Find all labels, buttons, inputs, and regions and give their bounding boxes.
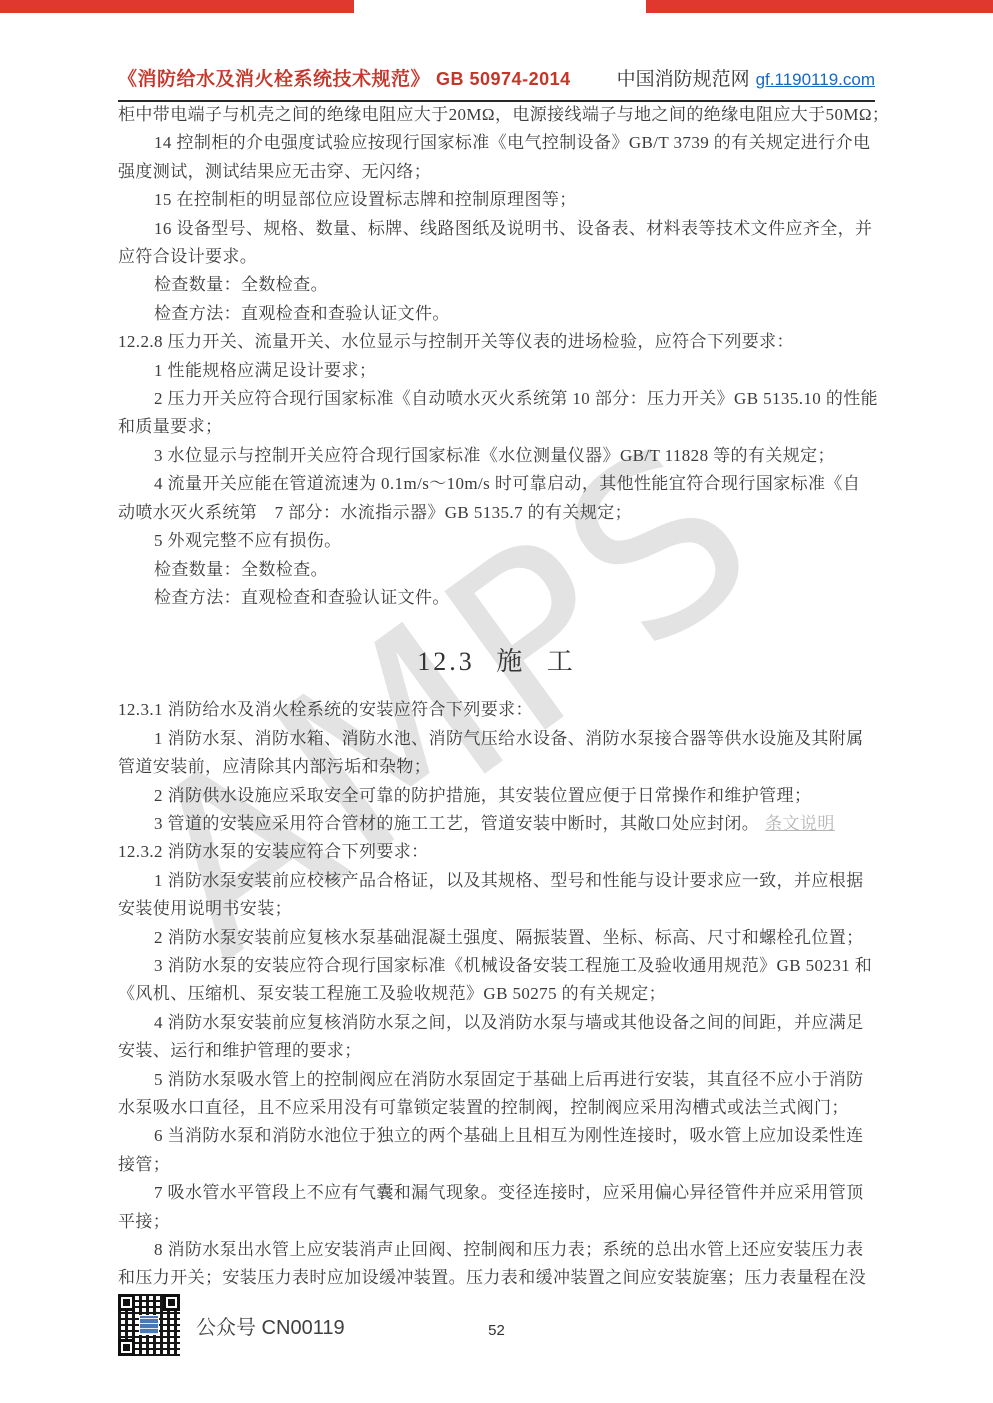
text-line: 应符合设计要求。 [118, 243, 875, 271]
text-line: 8 消防水泵出水管上应安装消声止回阀、控制阀和压力表；系统的总出水管上还应安装压… [118, 1236, 875, 1264]
text-line: 检查数量：全数检查。 [118, 556, 875, 584]
section-12-3-lines: 12.3.1 消防给水及消火栓系统的安装应符合下列要求：1 消防水泵、消防水箱、… [118, 696, 875, 1293]
text-line: 3 消防水泵的安装应符合现行国家标准《机械设备安装工程施工及验收通用规范》GB … [118, 952, 875, 980]
text-line-content: 和压力开关；安装压力表时应加设缓冲装置。压力表和缓冲装置之间应安装旋塞；压力表量… [118, 1268, 866, 1287]
text-line: 《风机、压缩机、泵安装工程施工及验收规范》GB 50275 的有关规定； [118, 980, 875, 1008]
text-line-content: 12.2.8 压力开关、流量开关、水位显示与控制开关等仪表的进场检验，应符合下列… [118, 332, 794, 351]
text-line-content: 强度测试，测试结果应无击穿、无闪络； [118, 162, 431, 181]
text-line: 柜中带电端子与机壳之间的绝缘电阻应大于20MΩ，电源接线端子与地之间的绝缘电阻应… [118, 101, 875, 129]
text-line-content: 7 吸水管水平管段上不应有气囊和漏气现象。变径连接时，应采用偏心异径管件并应采用… [154, 1183, 864, 1202]
text-line-content: 14 控制柜的介电强度试验应按现行国家标准《电气控制设备》GB/T 3739 的… [154, 133, 870, 152]
text-line: 3 管道的安装应采用符合管材的施工工艺，管道安装中断时，其敞口处应封闭。条文说明 [118, 810, 875, 838]
text-line-content: 检查数量：全数检查。 [154, 275, 328, 294]
text-line-content: 安装使用说明书安装； [118, 899, 292, 918]
text-line-content: 4 消防水泵安装前应复核消防水泵之间，以及消防水泵与墙或其他设备之间的间距，并应… [154, 1013, 864, 1032]
text-line: 1 消防水泵安装前应校核产品合格证，以及其规格、型号和性能与设计要求应一致，并应… [118, 867, 875, 895]
text-line-content: 6 当消防水泵和消防水池位于独立的两个基础上且相互为刚性连接时，吸水管上应加设柔… [154, 1126, 864, 1145]
tiaowen-shuoming-link[interactable]: 条文说明 [765, 814, 835, 833]
text-line-content: 动喷水灭火系统第 7 部分：水流指示器》GB 5135.7 的有关规定； [118, 503, 632, 522]
text-line-content: 3 管道的安装应采用符合管材的施工工艺，管道安装中断时，其敞口处应封闭。 [154, 814, 759, 833]
text-line: 安装、运行和维护管理的要求； [118, 1037, 875, 1065]
text-line: 12.3.2 消防水泵的安装应符合下列要求： [118, 838, 875, 866]
text-line-content: 5 外观完整不应有损伤。 [154, 531, 342, 550]
text-line-content: 检查方法：直观检查和查验认证文件。 [154, 588, 450, 607]
text-line-content: 16 设备型号、规格、数量、标牌、线路图纸及说明书、设备表、材料表等技术文件应齐… [154, 219, 872, 238]
text-line: 4 流量开关应能在管道流速为 0.1m/s～10m/s 时可靠启动，其他性能宜符… [118, 470, 875, 498]
text-line: 1 消防水泵、消防水箱、消防水池、消防气压给水设备、消防水泵接合器等供水设施及其… [118, 725, 875, 753]
text-line-content: 3 消防水泵的安装应符合现行国家标准《机械设备安装工程施工及验收通用规范》GB … [154, 956, 872, 975]
site-name: 中国消防规范网 [617, 69, 750, 90]
text-line-content: 应符合设计要求。 [118, 247, 257, 266]
text-line-content: 和质量要求； [118, 417, 222, 436]
text-line: 6 当消防水泵和消防水池位于独立的两个基础上且相互为刚性连接时，吸水管上应加设柔… [118, 1122, 875, 1150]
text-line-content: 《风机、压缩机、泵安装工程施工及验收规范》GB 50275 的有关规定； [118, 984, 666, 1003]
text-line-content: 8 消防水泵出水管上应安装消声止回阀、控制阀和压力表；系统的总出水管上还应安装压… [154, 1240, 864, 1259]
text-line: 15 在控制柜的明显部位应设置标志牌和控制原理图等； [118, 186, 875, 214]
text-line: 12.2.8 压力开关、流量开关、水位显示与控制开关等仪表的进场检验，应符合下列… [118, 328, 875, 356]
text-line-content: 4 流量开关应能在管道流速为 0.1m/s～10m/s 时可靠启动，其他性能宜符… [154, 474, 860, 493]
text-line: 检查数量：全数检查。 [118, 271, 875, 299]
text-line-content: 15 在控制柜的明显部位应设置标志牌和控制原理图等； [154, 190, 577, 209]
doc-title-group: 《消防给水及消火栓系统技术规范》GB 50974-2014 [118, 64, 571, 91]
text-line: 14 控制柜的介电强度试验应按现行国家标准《电气控制设备》GB/T 3739 的… [118, 129, 875, 157]
text-line: 5 外观完整不应有损伤。 [118, 527, 875, 555]
text-line: 2 压力开关应符合现行国家标准《自动喷水灭火系统第 10 部分：压力开关》GB … [118, 385, 875, 413]
text-line: 5 消防水泵吸水管上的控制阀应在消防水泵固定于基础上后再进行安装，其直径不应小于… [118, 1066, 875, 1094]
text-line-content: 水泵吸水口直径，且不应采用没有可靠锁定装置的控制阀，控制阀应采用沟槽式或法兰式阀… [118, 1098, 849, 1117]
text-line: 强度测试，测试结果应无击穿、无闪络； [118, 158, 875, 186]
doc-title: 《消防给水及消火栓系统技术规范》 [118, 69, 430, 90]
text-line-content: 2 消防供水设施应采取安全可靠的防护措施，其安装位置应便于日常操作和维护管理； [154, 786, 811, 805]
text-line: 2 消防供水设施应采取安全可靠的防护措施，其安装位置应便于日常操作和维护管理； [118, 782, 875, 810]
text-line-content: 平接； [118, 1212, 170, 1231]
text-line: 检查方法：直观检查和查验认证文件。 [118, 584, 875, 612]
text-line: 安装使用说明书安装； [118, 895, 875, 923]
text-line: 2 消防水泵安装前应复核水泵基础混凝土强度、隔振装置、坐标、标高、尺寸和螺栓孔位… [118, 924, 875, 952]
top-red-bar-left [0, 0, 354, 13]
text-line: 1 性能规格应满足设计要求； [118, 357, 875, 385]
text-line-content: 接管； [118, 1155, 170, 1174]
text-line-content: 1 消防水泵安装前应校核产品合格证，以及其规格、型号和性能与设计要求应一致，并应… [154, 871, 864, 890]
text-line-content: 检查数量：全数检查。 [154, 560, 328, 579]
text-line: 3 水位显示与控制开关应符合现行国家标准《水位测量仪器》GB/T 11828 等… [118, 442, 875, 470]
text-line-content: 安装、运行和维护管理的要求； [118, 1041, 362, 1060]
text-line: 7 吸水管水平管段上不应有气囊和漏气现象。变径连接时，应采用偏心异径管件并应采用… [118, 1179, 875, 1207]
text-line: 检查方法：直观检查和查验认证文件。 [118, 300, 875, 328]
text-line: 接管； [118, 1151, 875, 1179]
section-12-2-lines: 柜中带电端子与机壳之间的绝缘电阻应大于20MΩ，电源接线端子与地之间的绝缘电阻应… [118, 101, 875, 612]
text-line-content: 柜中带电端子与机壳之间的绝缘电阻应大于20MΩ，电源接线端子与地之间的绝缘电阻应… [118, 105, 889, 124]
qr-finder-icon [118, 1294, 135, 1311]
text-line-content: 12.3.2 消防水泵的安装应符合下列要求： [118, 842, 429, 861]
text-line-content: 1 消防水泵、消防水箱、消防水池、消防气压给水设备、消防水泵接合器等供水设施及其… [154, 729, 864, 748]
section-heading: 12.3 施 工 [118, 642, 875, 682]
text-line: 水泵吸水口直径，且不应采用没有可靠锁定装置的控制阀，控制阀应采用沟槽式或法兰式阀… [118, 1094, 875, 1122]
site-group: 中国消防规范网gf.1190119.com [617, 64, 875, 91]
text-line-content: 1 性能规格应满足设计要求； [154, 361, 376, 380]
qr-finder-icon [163, 1294, 180, 1311]
text-line: 管道安装前，应清除其内部污垢和杂物； [118, 753, 875, 781]
text-line-content: 5 消防水泵吸水管上的控制阀应在消防水泵固定于基础上后再进行安装，其直径不应小于… [154, 1070, 864, 1089]
text-line: 动喷水灭火系统第 7 部分：水流指示器》GB 5135.7 的有关规定； [118, 499, 875, 527]
text-line: 12.3.1 消防给水及消火栓系统的安装应符合下列要求： [118, 696, 875, 724]
text-line-content: 2 消防水泵安装前应复核水泵基础混凝土强度、隔振装置、坐标、标高、尺寸和螺栓孔位… [154, 928, 864, 947]
doc-code: GB 50974-2014 [436, 69, 571, 89]
text-line: 4 消防水泵安装前应复核消防水泵之间，以及消防水泵与墙或其他设备之间的间距，并应… [118, 1009, 875, 1037]
text-line-content: 管道安装前，应清除其内部污垢和杂物； [118, 757, 431, 776]
page-number: 52 [0, 1322, 993, 1339]
text-line: 和质量要求； [118, 413, 875, 441]
top-red-bar-right [646, 0, 993, 13]
page-header: 《消防给水及消火栓系统技术规范》GB 50974-2014 中国消防规范网gf.… [118, 64, 875, 102]
text-line-content: 12.3.1 消防给水及消火栓系统的安装应符合下列要求： [118, 700, 533, 719]
text-line-content: 检查方法：直观检查和查验认证文件。 [154, 304, 450, 323]
document-content: 柜中带电端子与机壳之间的绝缘电阻应大于20MΩ，电源接线端子与地之间的绝缘电阻应… [118, 101, 875, 1293]
site-link[interactable]: gf.1190119.com [756, 70, 875, 89]
text-line-content: 2 压力开关应符合现行国家标准《自动喷水灭火系统第 10 部分：压力开关》GB … [154, 389, 878, 408]
qr-finder-icon [118, 1339, 135, 1356]
text-line: 和压力开关；安装压力表时应加设缓冲装置。压力表和缓冲装置之间应安装旋塞；压力表量… [118, 1264, 875, 1292]
text-line-content: 3 水位显示与控制开关应符合现行国家标准《水位测量仪器》GB/T 11828 等… [154, 446, 835, 465]
text-line: 平接； [118, 1208, 875, 1236]
text-line: 16 设备型号、规格、数量、标牌、线路图纸及说明书、设备表、材料表等技术文件应齐… [118, 215, 875, 243]
